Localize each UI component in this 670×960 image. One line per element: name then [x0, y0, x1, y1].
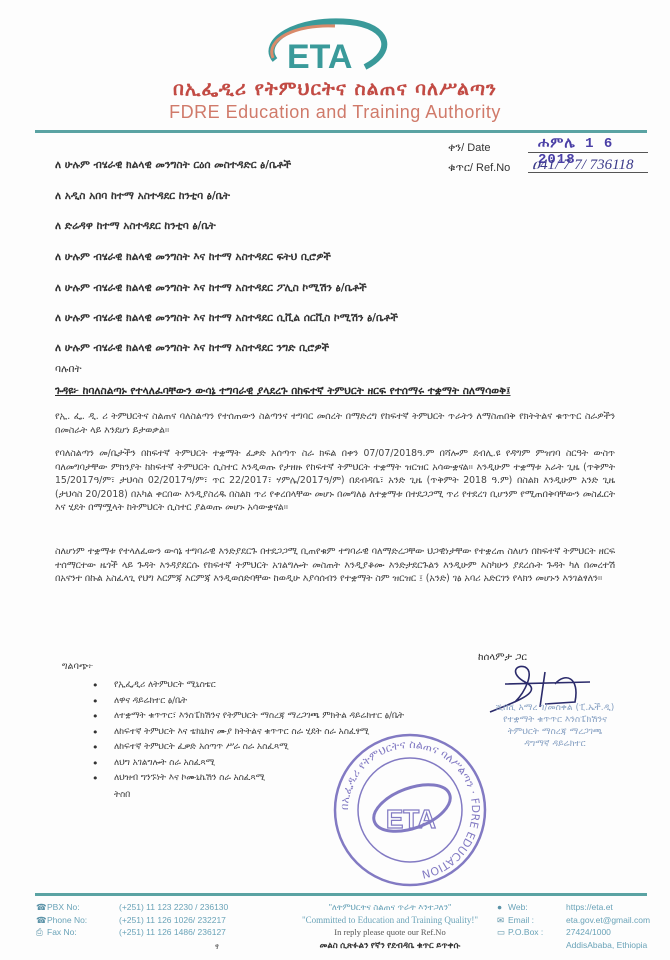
svg-text:ETA: ETA [386, 804, 436, 834]
web-label: Web: [508, 901, 566, 914]
date-row: ቀን/ Date ሐምሌ 1 6 2018 [448, 136, 648, 156]
org-name-amharic: በኢፌዲሪ የትምህርትና ስልጠና ባለሥልጣን [0, 78, 670, 100]
ref-label: ቁጥር/ Ref.No [448, 162, 510, 175]
fax-icon: ⎙ [36, 926, 47, 939]
footer-motto: "ለትምህርትና ስልጠና ጥራት እንተጋለን" "Committed to … [280, 901, 500, 951]
phone-icon: ☎ [36, 901, 47, 914]
recipient: ለ ድሬዳዋ ከተማ አስተዳደር ከንቲባ ፅ/ቤት [55, 219, 216, 233]
date-value: ሐምሌ 1 6 2018 [528, 136, 648, 153]
cc-sub-note: ትስበ [114, 790, 130, 800]
web-row: ● Web: https://eta.et [497, 901, 667, 914]
pbx-value: (+251) 11 123 2230 / 236130 [119, 901, 228, 914]
ref-row: ቁጥር/ Ref.No ዐ41/ 7 7/ 736118 [448, 156, 648, 176]
paragraph-3: ስለሆነም ተቋማቱ የተላለፈውን ውሳኔ ተግባራዊ እንድያደርጉ በተደ… [55, 545, 615, 586]
pbx-label: PBX No: [47, 901, 119, 914]
ref-value: ዐ41/ 7 7/ 736118 [528, 156, 648, 173]
fax-row: ⎙ Fax No: (+251) 11 126 1486/ 236127 [36, 926, 266, 939]
paragraph-1: የኢ. ፌ. ዲ. ሪ ትምህርትና ስልጠና ባለስልጣን የተሰጠውን ስል… [55, 410, 615, 437]
phone-row: ☎ Phone No: (+251) 11 126 1026/ 232217 [36, 914, 266, 927]
motto-amharic: "ለትምህርትና ስልጠና ጥራት እንተጋለን" [280, 901, 500, 914]
recipient: ለ ሁሉም ብሄራዊ ክልላዊ መንግስት ርዕሰ መስተዳድር ፅ/ቤቶች [55, 158, 291, 172]
fax-label: Fax No: [47, 926, 119, 939]
cc-item: ለተቋማት ቁጥጥር፣ እንስፔክሽንና የትምህርት ማስረጃ ማረጋገጫ ም… [92, 711, 404, 727]
reply-note-amharic: መልስ ሲጽፉልን የኛን የደብዳቤ ቁጥር ይጥቀሱ [280, 939, 500, 952]
footer-contact-web: ● Web: https://eta.et ✉ Email : eta.gov.… [497, 901, 667, 951]
org-name-english: FDRE Education and Training Authority [0, 102, 670, 123]
eta-logo-icon: ETA [255, 12, 395, 82]
phone-icon: ☎ [36, 914, 47, 927]
pobox-value: 27424/1000 [566, 926, 611, 939]
subject-line: ጉዳዩ፦ ከባለስልጣኑ የተላለፈባቸውን ውሳኔ ተግባራዊ ያላደረጉ በ… [55, 384, 510, 398]
fax-value: (+251) 11 126 1486/ 236127 [119, 926, 226, 939]
globe-icon: ● [497, 901, 508, 914]
recipient: ለ ሁሉም ብሄራዊ ክልላዊ መንግስት እና ከተማ አስተዳደር ፍትህ … [55, 250, 331, 264]
page-mark: ፃ [215, 942, 219, 952]
recipient: ለ ሁሉም ብሄራዊ ክልላዊ መንግስት እና ከተማ አስተዳደር ሲቪል … [55, 311, 398, 325]
recipient: ለ አዲስ አበባ ከተማ አስተዳደር ከንቲባ ፅ/ቤት [55, 189, 230, 203]
motto-english: "Committed to Education and Training Qua… [280, 914, 500, 927]
phone-label: Phone No: [47, 914, 119, 927]
phone-value: (+251) 11 126 1026/ 232217 [119, 914, 226, 927]
footer-divider [35, 893, 647, 896]
mail-icon: ✉ [497, 914, 508, 927]
footer-contact-phones: ☎ PBX No: (+251) 11 123 2230 / 236130 ☎ … [36, 901, 266, 939]
reply-note-english: In reply please quote our Ref.No [280, 926, 500, 939]
header-divider [35, 130, 647, 133]
pobox-label: P.O.Box : [508, 926, 566, 939]
signer-title: የተቋማት ቁጥጥር እንስፔክሽንና [460, 714, 650, 726]
cc-item: ለዋና ዳይሬክተር ፅ/ቤት [92, 696, 404, 712]
email-label: Email : [508, 914, 566, 927]
paragraph-2: የባለስልጣን መ/ቤታችን በከፍተኛ ትምህርት ተቋማት ፈቃድ አሰጣጥ… [55, 447, 615, 515]
official-seal-icon: በኢፌዲሪ የትምህርትና ስልጠና ባለሥልጣን · FDRE EDUCATI… [330, 730, 490, 890]
web-link[interactable]: https://eta.et [566, 901, 613, 914]
pobox-row: ▭ P.O.Box : 27424/1000 [497, 926, 667, 939]
date-label: ቀን/ Date [448, 142, 491, 155]
cc-label: ግልባጭ፦ [62, 661, 94, 672]
date-ref-block: ቀን/ Date ሐምሌ 1 6 2018 ቁጥር/ Ref.No ዐ41/ 7… [448, 136, 648, 176]
pbx-row: ☎ PBX No: (+251) 11 123 2230 / 236130 [36, 901, 266, 914]
mailbox-icon: ▭ [497, 926, 508, 939]
cc-item: የኢፌዲሪ ለትምህርት ሚኒስቴር [92, 680, 404, 696]
email-row: ✉ Email : eta.gov.et@gmail.com [497, 914, 667, 927]
recipient-location: ባሉበት [55, 362, 82, 376]
city-row: AddisAbaba, Ethiopia [497, 939, 667, 952]
recipient: ለ ሁሉም ብሄራዊ ክልላዊ መንግስት እና ከተማ አስተዳደር ፖሊስ … [55, 281, 367, 295]
svg-text:ETA: ETA [287, 38, 352, 76]
email-link[interactable]: eta.gov.et@gmail.com [566, 914, 650, 927]
city-value: AddisAbaba, Ethiopia [566, 939, 647, 952]
signer-name: ሺበሺ አማረ ገ/መስቀል (ፒ.ኤች.ዲ) [460, 702, 650, 714]
letterhead: ETA በኢፌዲሪ የትምህርትና ስልጠና ባለሥልጣን FDRE Educa… [0, 0, 670, 130]
recipient: ለ ሁሉም ብሄራዊ ክልላዊ መንግስት እና ከተማ አስተዳደር ንግድ … [55, 341, 329, 355]
